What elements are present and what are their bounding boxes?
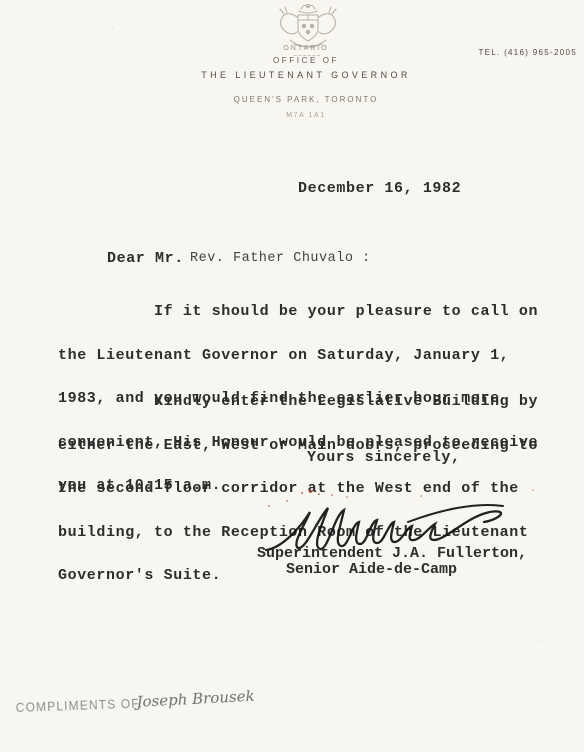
paragraph-line: either the East, West or Main doors, pro… [58,439,538,454]
paragraph-line: If it should be your pleasure to call on [58,305,538,320]
letterhead-title: THE LIEUTENANT GOVERNOR [201,70,411,80]
letterhead-ontario-label: ONTARIO [283,45,328,52]
letterhead-address: QUEEN'S PARK, TORONTO [234,95,379,104]
signer-title: Senior Aide-de-Camp [286,561,457,578]
closing-line: Yours sincerely, [307,449,461,466]
red-ink-speck [301,492,303,494]
paragraph-line: the second floor corridor at the West en… [58,482,538,497]
letterhead-phone-number: TEL. (416) 965-2005 [478,48,577,57]
red-ink-speck [318,493,320,495]
handwritten-donor-name: Joseph Brousek [136,687,255,711]
salutation-recipient-name: Rev. Father Chuvalo : [190,251,371,266]
red-ink-speck [331,494,333,496]
scan-noise-speck [58,132,60,134]
red-ink-speck [420,495,422,497]
scan-noise-speck [112,28,114,30]
letter-date: December 16, 1982 [298,180,461,197]
red-ink-speck [309,490,312,493]
scanned-letter-page: ONTARIO OFFICE OF THE LIEUTENANT GOVERNO… [0,0,584,752]
paragraph-line: the Lieutenant Governor on Saturday, Jan… [58,349,538,364]
compliments-stamp-label: COMPLIMENTS OF. [16,697,144,715]
letterhead-office-of: OFFICE OF [273,56,339,65]
signer-name: Superintendent J.A. Fullerton, [257,545,527,562]
red-ink-speck [532,489,534,491]
letterhead-postal-code: M7A 1A1 [286,112,326,119]
paragraph-line: Kindly enter the Legislative Building by [58,395,538,410]
scan-noise-speck [540,640,542,642]
salutation-prefix: Dear Mr. [107,250,184,267]
